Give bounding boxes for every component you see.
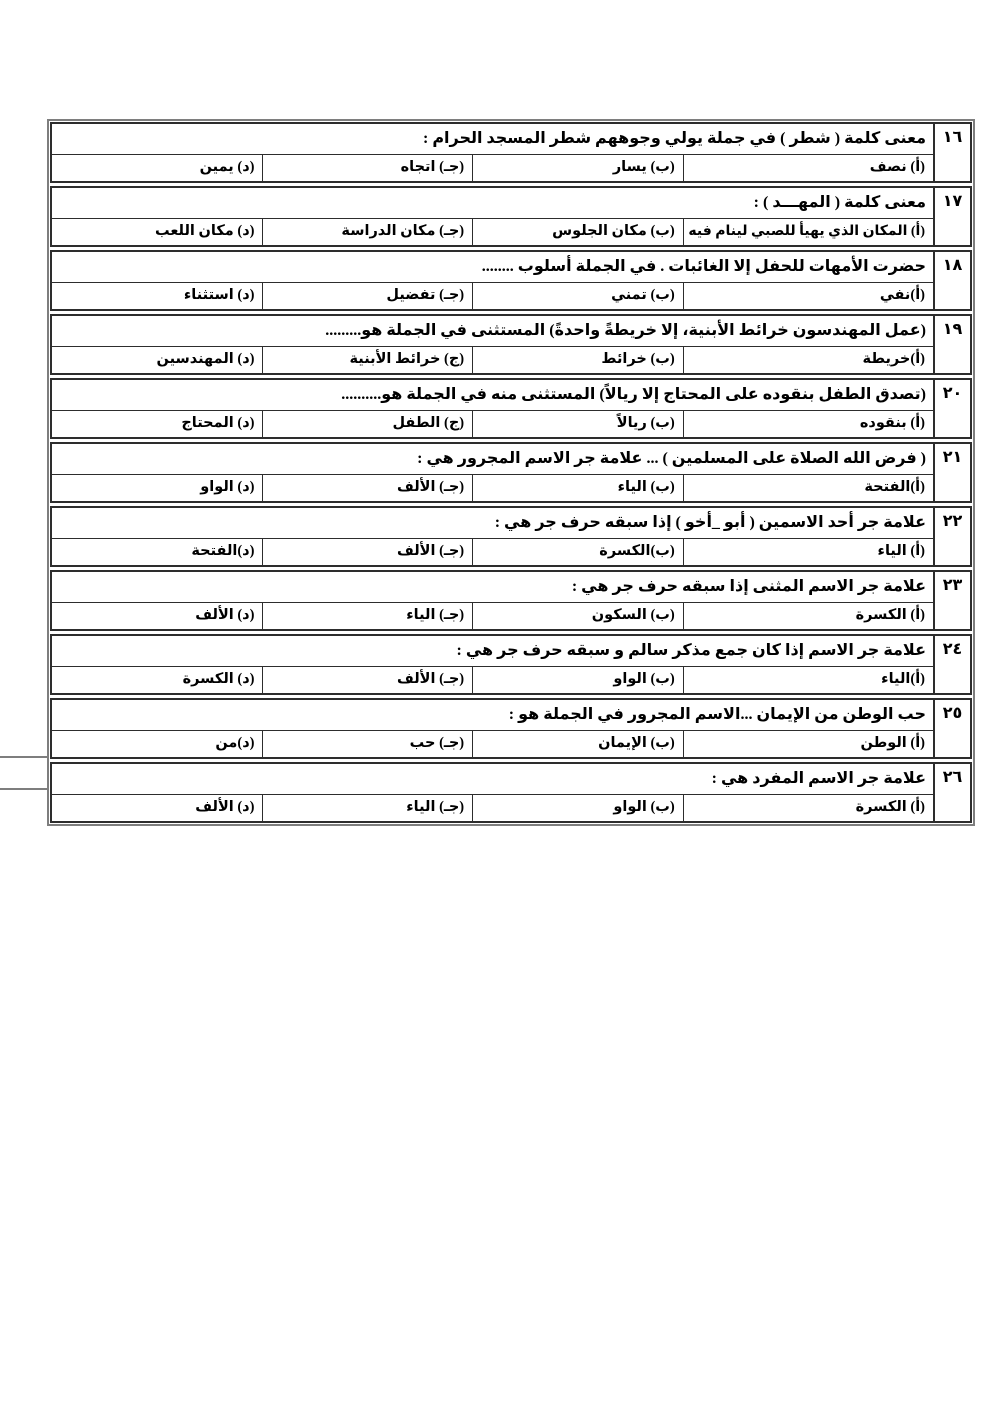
- question-number: ٢٢: [933, 508, 970, 565]
- option-c: (ج) الطفل: [263, 411, 473, 437]
- option-d: (د) مكان اللعب: [52, 219, 263, 245]
- question-block: ١٨ حضرت الأمهات للحفل إلا الغائبات . في …: [50, 250, 972, 311]
- options-row: (أ) المكان الذي يهيأ للصبي لينام فيه (ب)…: [52, 219, 933, 245]
- option-c: (جـ) حب: [263, 731, 473, 757]
- options-row: (أ)الياء (ب) الواو (جـ) الألف (د) الكسرة: [52, 667, 933, 693]
- option-d: (د) يمين: [52, 155, 263, 181]
- question-text: معنى كلمة ( شطر ) في جملة يولي وجوههم شط…: [52, 124, 933, 155]
- options-row: (أ) نصف (ب) يسار (جـ) اتجاه (د) يمين: [52, 155, 933, 181]
- question-text: علامة جر الاسم المفرد هي :: [52, 764, 933, 795]
- option-d: (د) الواو: [52, 475, 263, 501]
- option-b: (ب) ريالاً: [473, 411, 684, 437]
- question-block: ١٧ معنى كلمة ( المهـــد ) : (أ) المكان ا…: [50, 186, 972, 247]
- option-b: (ب) الإيمان: [473, 731, 684, 757]
- option-c: (جـ) الياء: [263, 603, 473, 629]
- question-number: ٢٣: [933, 572, 970, 629]
- question-number: ١٦: [933, 124, 970, 181]
- question-block: ٢٤ علامة جر الاسم إذا كان جمع مذكر سالم …: [50, 634, 972, 695]
- options-row: (أ) الكسرة (ب) السكون (جـ) الياء (د) الأ…: [52, 603, 933, 629]
- question-number: ١٩: [933, 316, 970, 373]
- option-a: (أ) الكسرة: [684, 603, 933, 629]
- question-area: علامة جر أحد الاسمين ( أبو _أخو ) إذا سب…: [52, 508, 933, 565]
- options-row: (أ) الكسرة (ب) الواو (جـ) الياء (د) الأل…: [52, 795, 933, 821]
- options-row: (أ) بنقوده (ب) ريالاً (ج) الطفل (د) المح…: [52, 411, 933, 437]
- question-text: معنى كلمة ( المهـــد ) :: [52, 188, 933, 219]
- question-block: ١٦ معنى كلمة ( شطر ) في جملة يولي وجوههم…: [50, 122, 972, 183]
- option-a: (أ)خريطة: [684, 347, 933, 373]
- option-a: (أ) الكسرة: [684, 795, 933, 821]
- question-area: حضرت الأمهات للحفل إلا الغائبات . في الج…: [52, 252, 933, 309]
- question-area: معنى كلمة ( شطر ) في جملة يولي وجوههم شط…: [52, 124, 933, 181]
- question-area: (عمل المهندسون خرائط الأبنية، إلا خريطةً…: [52, 316, 933, 373]
- option-a: (أ)الياء: [684, 667, 933, 693]
- left-margin-line-bottom: [0, 788, 47, 790]
- exam-question-table: ١٦ معنى كلمة ( شطر ) في جملة يولي وجوههم…: [47, 119, 975, 826]
- question-number: ٢١: [933, 444, 970, 501]
- option-a: (أ)الفتحة: [684, 475, 933, 501]
- option-d: (د) الألف: [52, 795, 263, 821]
- question-block: ١٩ (عمل المهندسون خرائط الأبنية، إلا خري…: [50, 314, 972, 375]
- question-text: (تصدق الطفل بنقوده على المحتاج إلا ريالا…: [52, 380, 933, 411]
- question-area: علامة جر الاسم إذا كان جمع مذكر سالم و س…: [52, 636, 933, 693]
- question-area: علامة جر الاسم المفرد هي : (أ) الكسرة (ب…: [52, 764, 933, 821]
- question-number: ٢٦: [933, 764, 970, 821]
- option-a: (أ)نفي: [684, 283, 933, 309]
- option-a: (أ) بنقوده: [684, 411, 933, 437]
- question-number: ١٧: [933, 188, 970, 245]
- question-area: حب الوطن من الإيمان ...الاسم المجرور في …: [52, 700, 933, 757]
- question-number: ٢٥: [933, 700, 970, 757]
- options-row: (أ) الياء (ب)الكسرة (جـ) الألف (د)الفتحة: [52, 539, 933, 565]
- question-area: (تصدق الطفل بنقوده على المحتاج إلا ريالا…: [52, 380, 933, 437]
- option-c: (جـ) الياء: [263, 795, 473, 821]
- question-block: ٢١ ( فرض الله الصلاة على المسلمين ) ... …: [50, 442, 972, 503]
- question-block: ٢٢ علامة جر أحد الاسمين ( أبو _أخو ) إذا…: [50, 506, 972, 567]
- question-text: حضرت الأمهات للحفل إلا الغائبات . في الج…: [52, 252, 933, 283]
- question-text: علامة جر الاسم المثنى إذا سبقه حرف جر هي…: [52, 572, 933, 603]
- option-d: (د) المحتاج: [52, 411, 263, 437]
- option-a: (أ) الوطن: [684, 731, 933, 757]
- option-b: (ب)الكسرة: [473, 539, 684, 565]
- option-c: (جـ) مكان الدراسة: [263, 219, 473, 245]
- question-block: ٢٦ علامة جر الاسم المفرد هي : (أ) الكسرة…: [50, 762, 972, 823]
- question-text: ( فرض الله الصلاة على المسلمين ) ... علا…: [52, 444, 933, 475]
- option-b: (ب) الواو: [473, 795, 684, 821]
- question-number: ١٨: [933, 252, 970, 309]
- question-block: ٢٠ (تصدق الطفل بنقوده على المحتاج إلا ري…: [50, 378, 972, 439]
- question-number: ٢٤: [933, 636, 970, 693]
- option-d: (د) الكسرة: [52, 667, 263, 693]
- options-row: (أ) الوطن (ب) الإيمان (جـ) حب (د)من: [52, 731, 933, 757]
- option-b: (ب) يسار: [473, 155, 684, 181]
- option-b: (ب) خرائط: [473, 347, 684, 373]
- question-text: علامة جر أحد الاسمين ( أبو _أخو ) إذا سب…: [52, 508, 933, 539]
- option-b: (ب) الياء: [473, 475, 684, 501]
- question-area: علامة جر الاسم المثنى إذا سبقه حرف جر هي…: [52, 572, 933, 629]
- option-d: (د)الفتحة: [52, 539, 263, 565]
- question-area: معنى كلمة ( المهـــد ) : (أ) المكان الذي…: [52, 188, 933, 245]
- option-b: (ب) تمني: [473, 283, 684, 309]
- left-margin-line-top: [0, 756, 47, 758]
- option-c: (جـ) تفضيل: [263, 283, 473, 309]
- option-c: (جـ) الألف: [263, 475, 473, 501]
- question-block: ٢٥ حب الوطن من الإيمان ...الاسم المجرور …: [50, 698, 972, 759]
- option-b: (ب) السكون: [473, 603, 684, 629]
- question-text: (عمل المهندسون خرائط الأبنية، إلا خريطةً…: [52, 316, 933, 347]
- option-b: (ب) مكان الجلوس: [473, 219, 684, 245]
- option-c: (ج) خرائط الأبنية: [263, 347, 473, 373]
- option-c: (جـ) اتجاه: [263, 155, 473, 181]
- option-d: (د)من: [52, 731, 263, 757]
- option-d: (د) استثناء: [52, 283, 263, 309]
- question-text: علامة جر الاسم إذا كان جمع مذكر سالم و س…: [52, 636, 933, 667]
- option-b: (ب) الواو: [473, 667, 684, 693]
- option-c: (جـ) الألف: [263, 667, 473, 693]
- option-d: (د) المهندسين: [52, 347, 263, 373]
- question-area: ( فرض الله الصلاة على المسلمين ) ... علا…: [52, 444, 933, 501]
- options-row: (أ)الفتحة (ب) الياء (جـ) الألف (د) الواو: [52, 475, 933, 501]
- question-text: حب الوطن من الإيمان ...الاسم المجرور في …: [52, 700, 933, 731]
- option-d: (د) الألف: [52, 603, 263, 629]
- options-row: (أ)نفي (ب) تمني (جـ) تفضيل (د) استثناء: [52, 283, 933, 309]
- question-block: ٢٣ علامة جر الاسم المثنى إذا سبقه حرف جر…: [50, 570, 972, 631]
- question-number: ٢٠: [933, 380, 970, 437]
- options-row: (أ)خريطة (ب) خرائط (ج) خرائط الأبنية (د)…: [52, 347, 933, 373]
- option-a: (أ) الياء: [684, 539, 933, 565]
- option-c: (جـ) الألف: [263, 539, 473, 565]
- option-a: (أ) نصف: [684, 155, 933, 181]
- exam-page: { "page": { "direction": "rtl", "languag…: [0, 0, 992, 1403]
- option-a: (أ) المكان الذي يهيأ للصبي لينام فيه: [684, 219, 933, 245]
